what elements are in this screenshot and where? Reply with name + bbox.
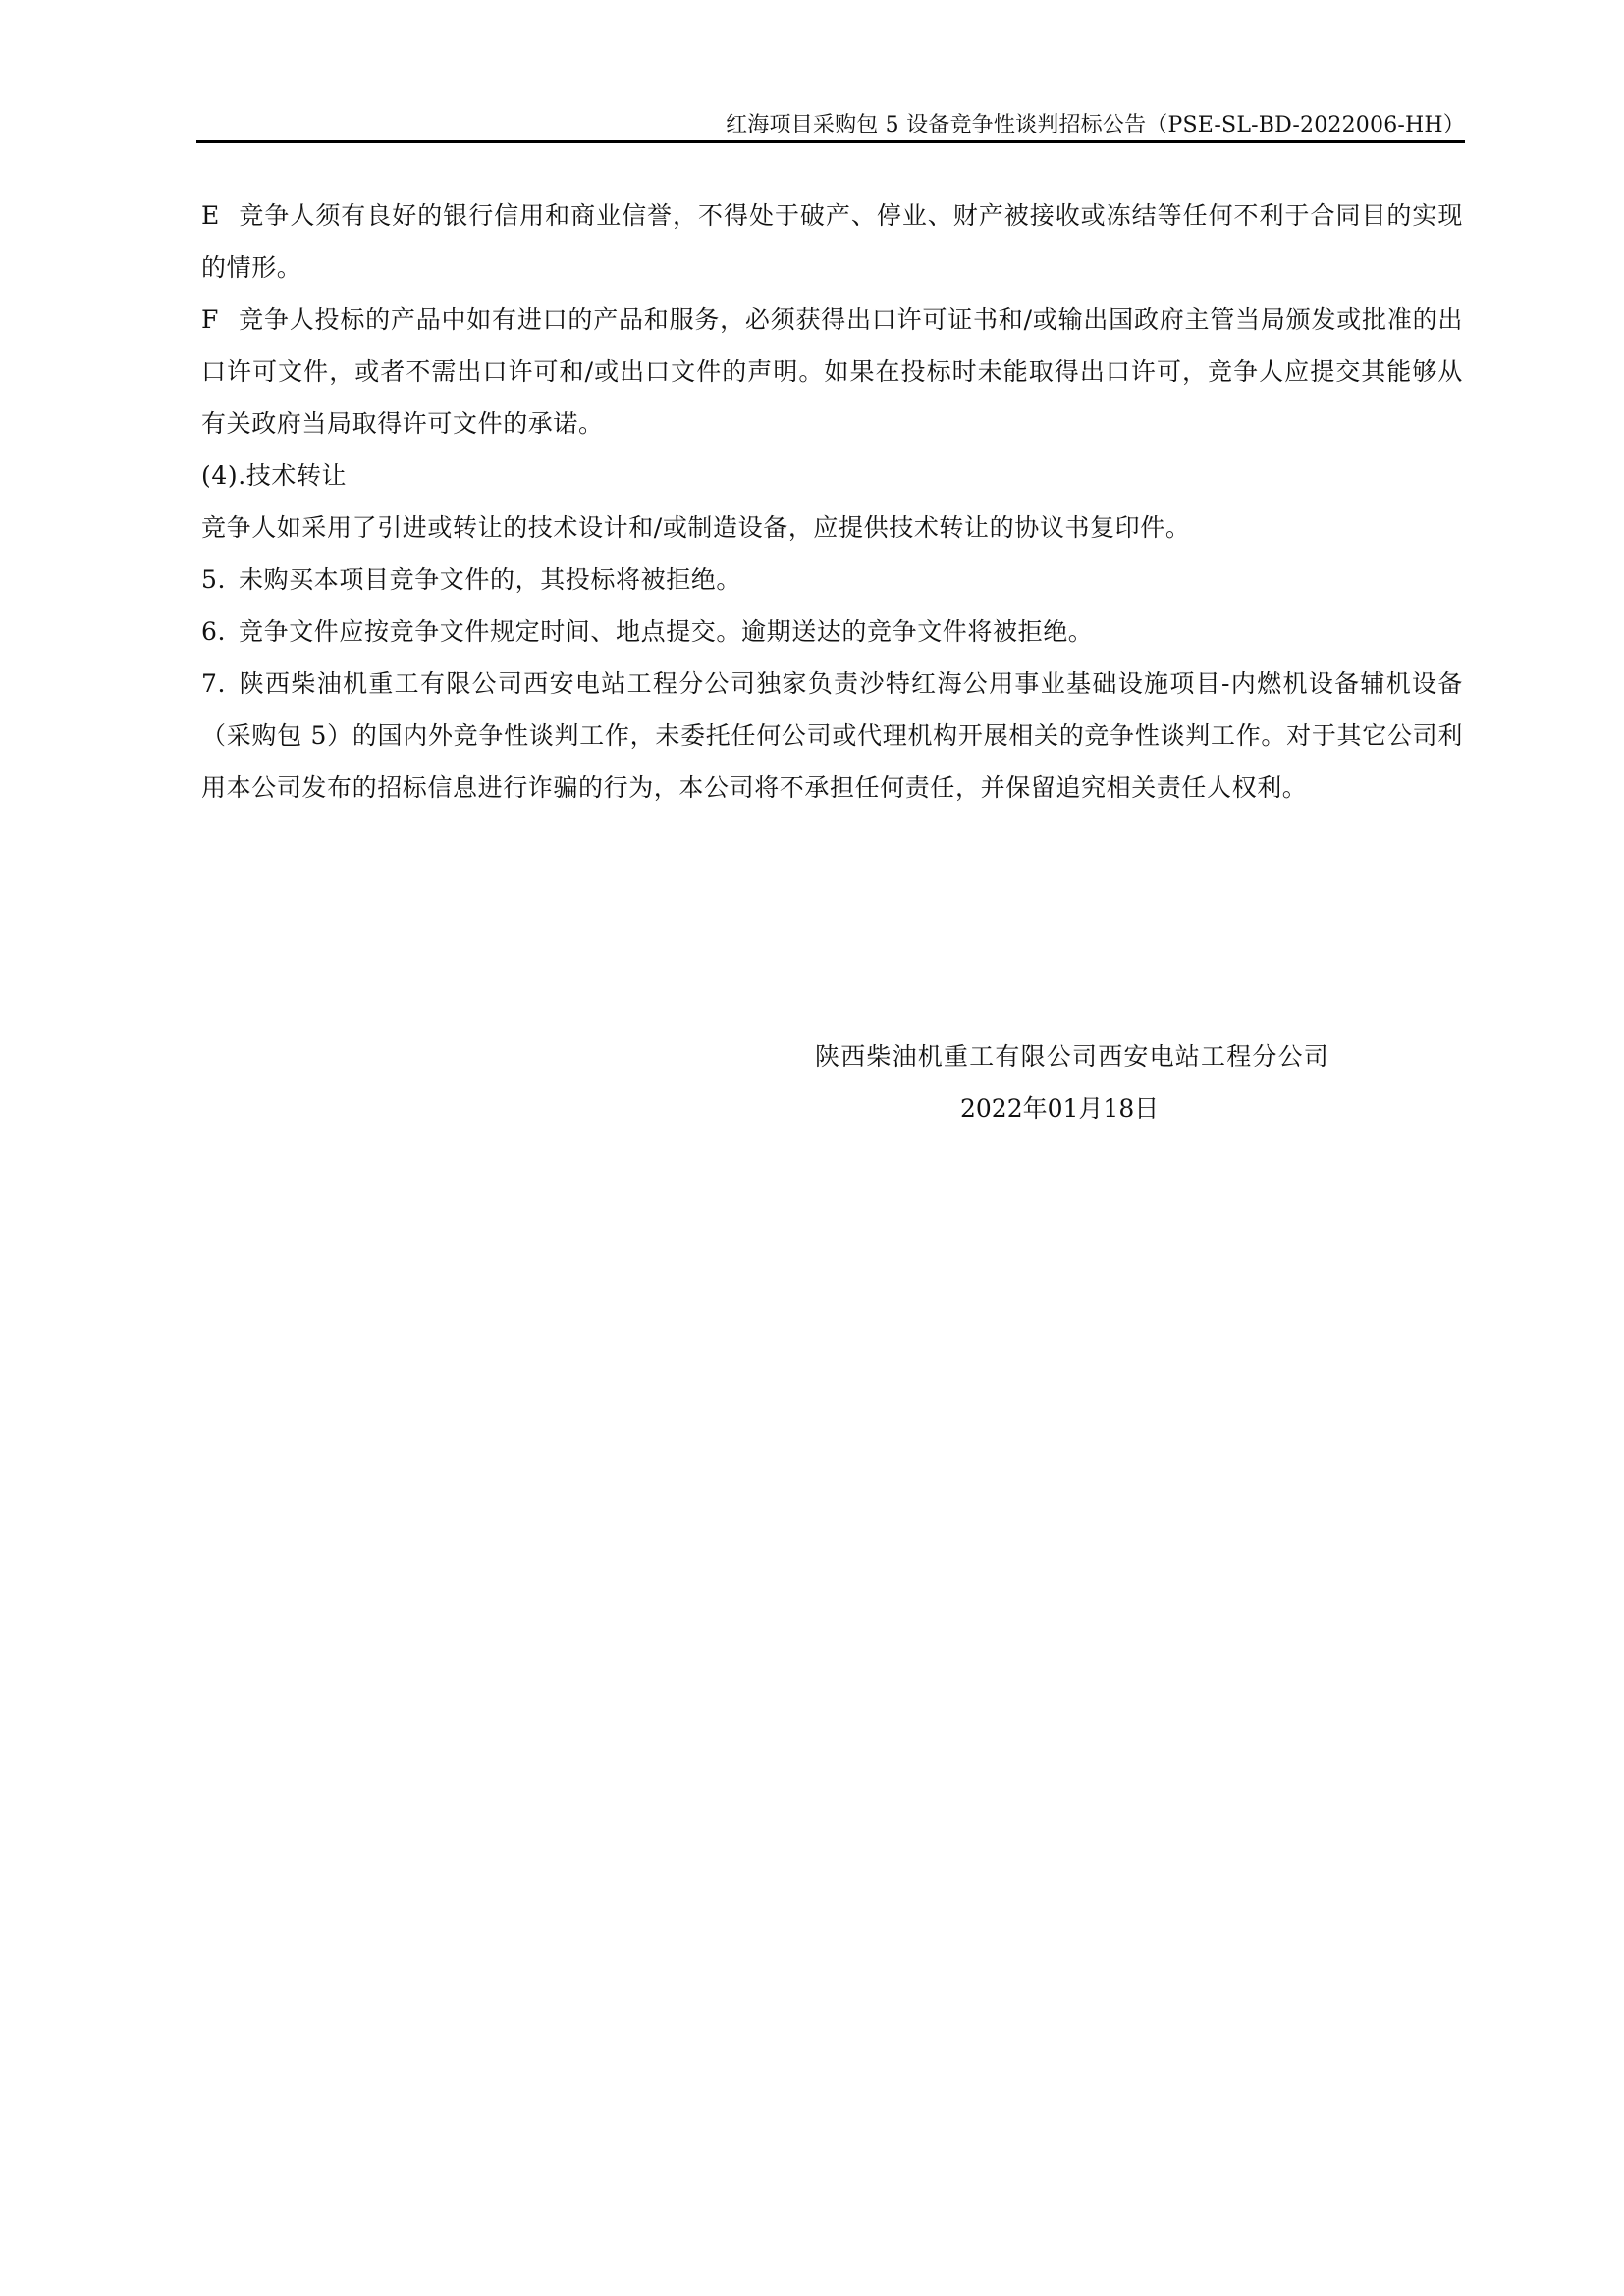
clause-f: F竞争人投标的产品中如有进口的产品和服务，必须获得出口许可证书和/或输出国政府主…	[201, 294, 1463, 450]
clause-text: 竞争人投标的产品中如有进口的产品和服务，必须获得出口许可证书和/或输出国政府主管…	[201, 305, 1463, 438]
document-body: E竞争人须有良好的银行信用和商业信誉，不得处于破产、停业、财产被接收或冻结等任何…	[201, 189, 1463, 814]
clause-text: 竞争人如采用了引进或转让的技术设计和/或制造设备，应提供技术转让的协议书复印件。	[201, 513, 1190, 542]
page-header: 红海项目采购包 5 设备竞争性谈判招标公告（PSE-SL-BD-2022006-…	[196, 108, 1465, 143]
clause-marker: 5.	[201, 554, 239, 606]
signature-date: 2022年01月18日	[815, 1083, 1404, 1135]
clause-6: 6.竞争文件应按竞争文件规定时间、地点提交。逾期送达的竞争文件将被拒绝。	[201, 606, 1463, 658]
clause-marker: F	[201, 294, 239, 346]
clause-marker: 6.	[201, 606, 239, 658]
section-heading-text: (4).技术转让	[201, 461, 347, 490]
signature-block: 陕西柴油机重工有限公司西安电站工程分公司 2022年01月18日	[815, 1031, 1404, 1135]
clause-7: 7.陕西柴油机重工有限公司西安电站工程分公司独家负责沙特红海公用事业基础设施项目…	[201, 658, 1463, 814]
clause-5: 5.未购买本项目竞争文件的，其投标将被拒绝。	[201, 554, 1463, 606]
clause-e: E竞争人须有良好的银行信用和商业信誉，不得处于破产、停业、财产被接收或冻结等任何…	[201, 189, 1463, 294]
clause-text: 陕西柴油机重工有限公司西安电站工程分公司独家负责沙特红海公用事业基础设施项目-内…	[201, 669, 1463, 802]
clause-marker: 7.	[201, 658, 239, 710]
document-header-title: 红海项目采购包 5 设备竞争性谈判招标公告（PSE-SL-BD-2022006-…	[726, 112, 1465, 139]
tech-transfer-text: 竞争人如采用了引进或转让的技术设计和/或制造设备，应提供技术转让的协议书复印件。	[201, 502, 1463, 554]
clause-marker: E	[201, 189, 239, 241]
clause-text: 未购买本项目竞争文件的，其投标将被拒绝。	[239, 565, 741, 594]
clause-text: 竞争人须有良好的银行信用和商业信誉，不得处于破产、停业、财产被接收或冻结等任何不…	[201, 201, 1463, 282]
signature-company: 陕西柴油机重工有限公司西安电站工程分公司	[815, 1031, 1404, 1083]
clause-text: 竞争文件应按竞争文件规定时间、地点提交。逾期送达的竞争文件将被拒绝。	[239, 617, 1093, 646]
section-heading-tech-transfer: (4).技术转让	[201, 450, 1463, 502]
header-divider	[196, 140, 1465, 143]
